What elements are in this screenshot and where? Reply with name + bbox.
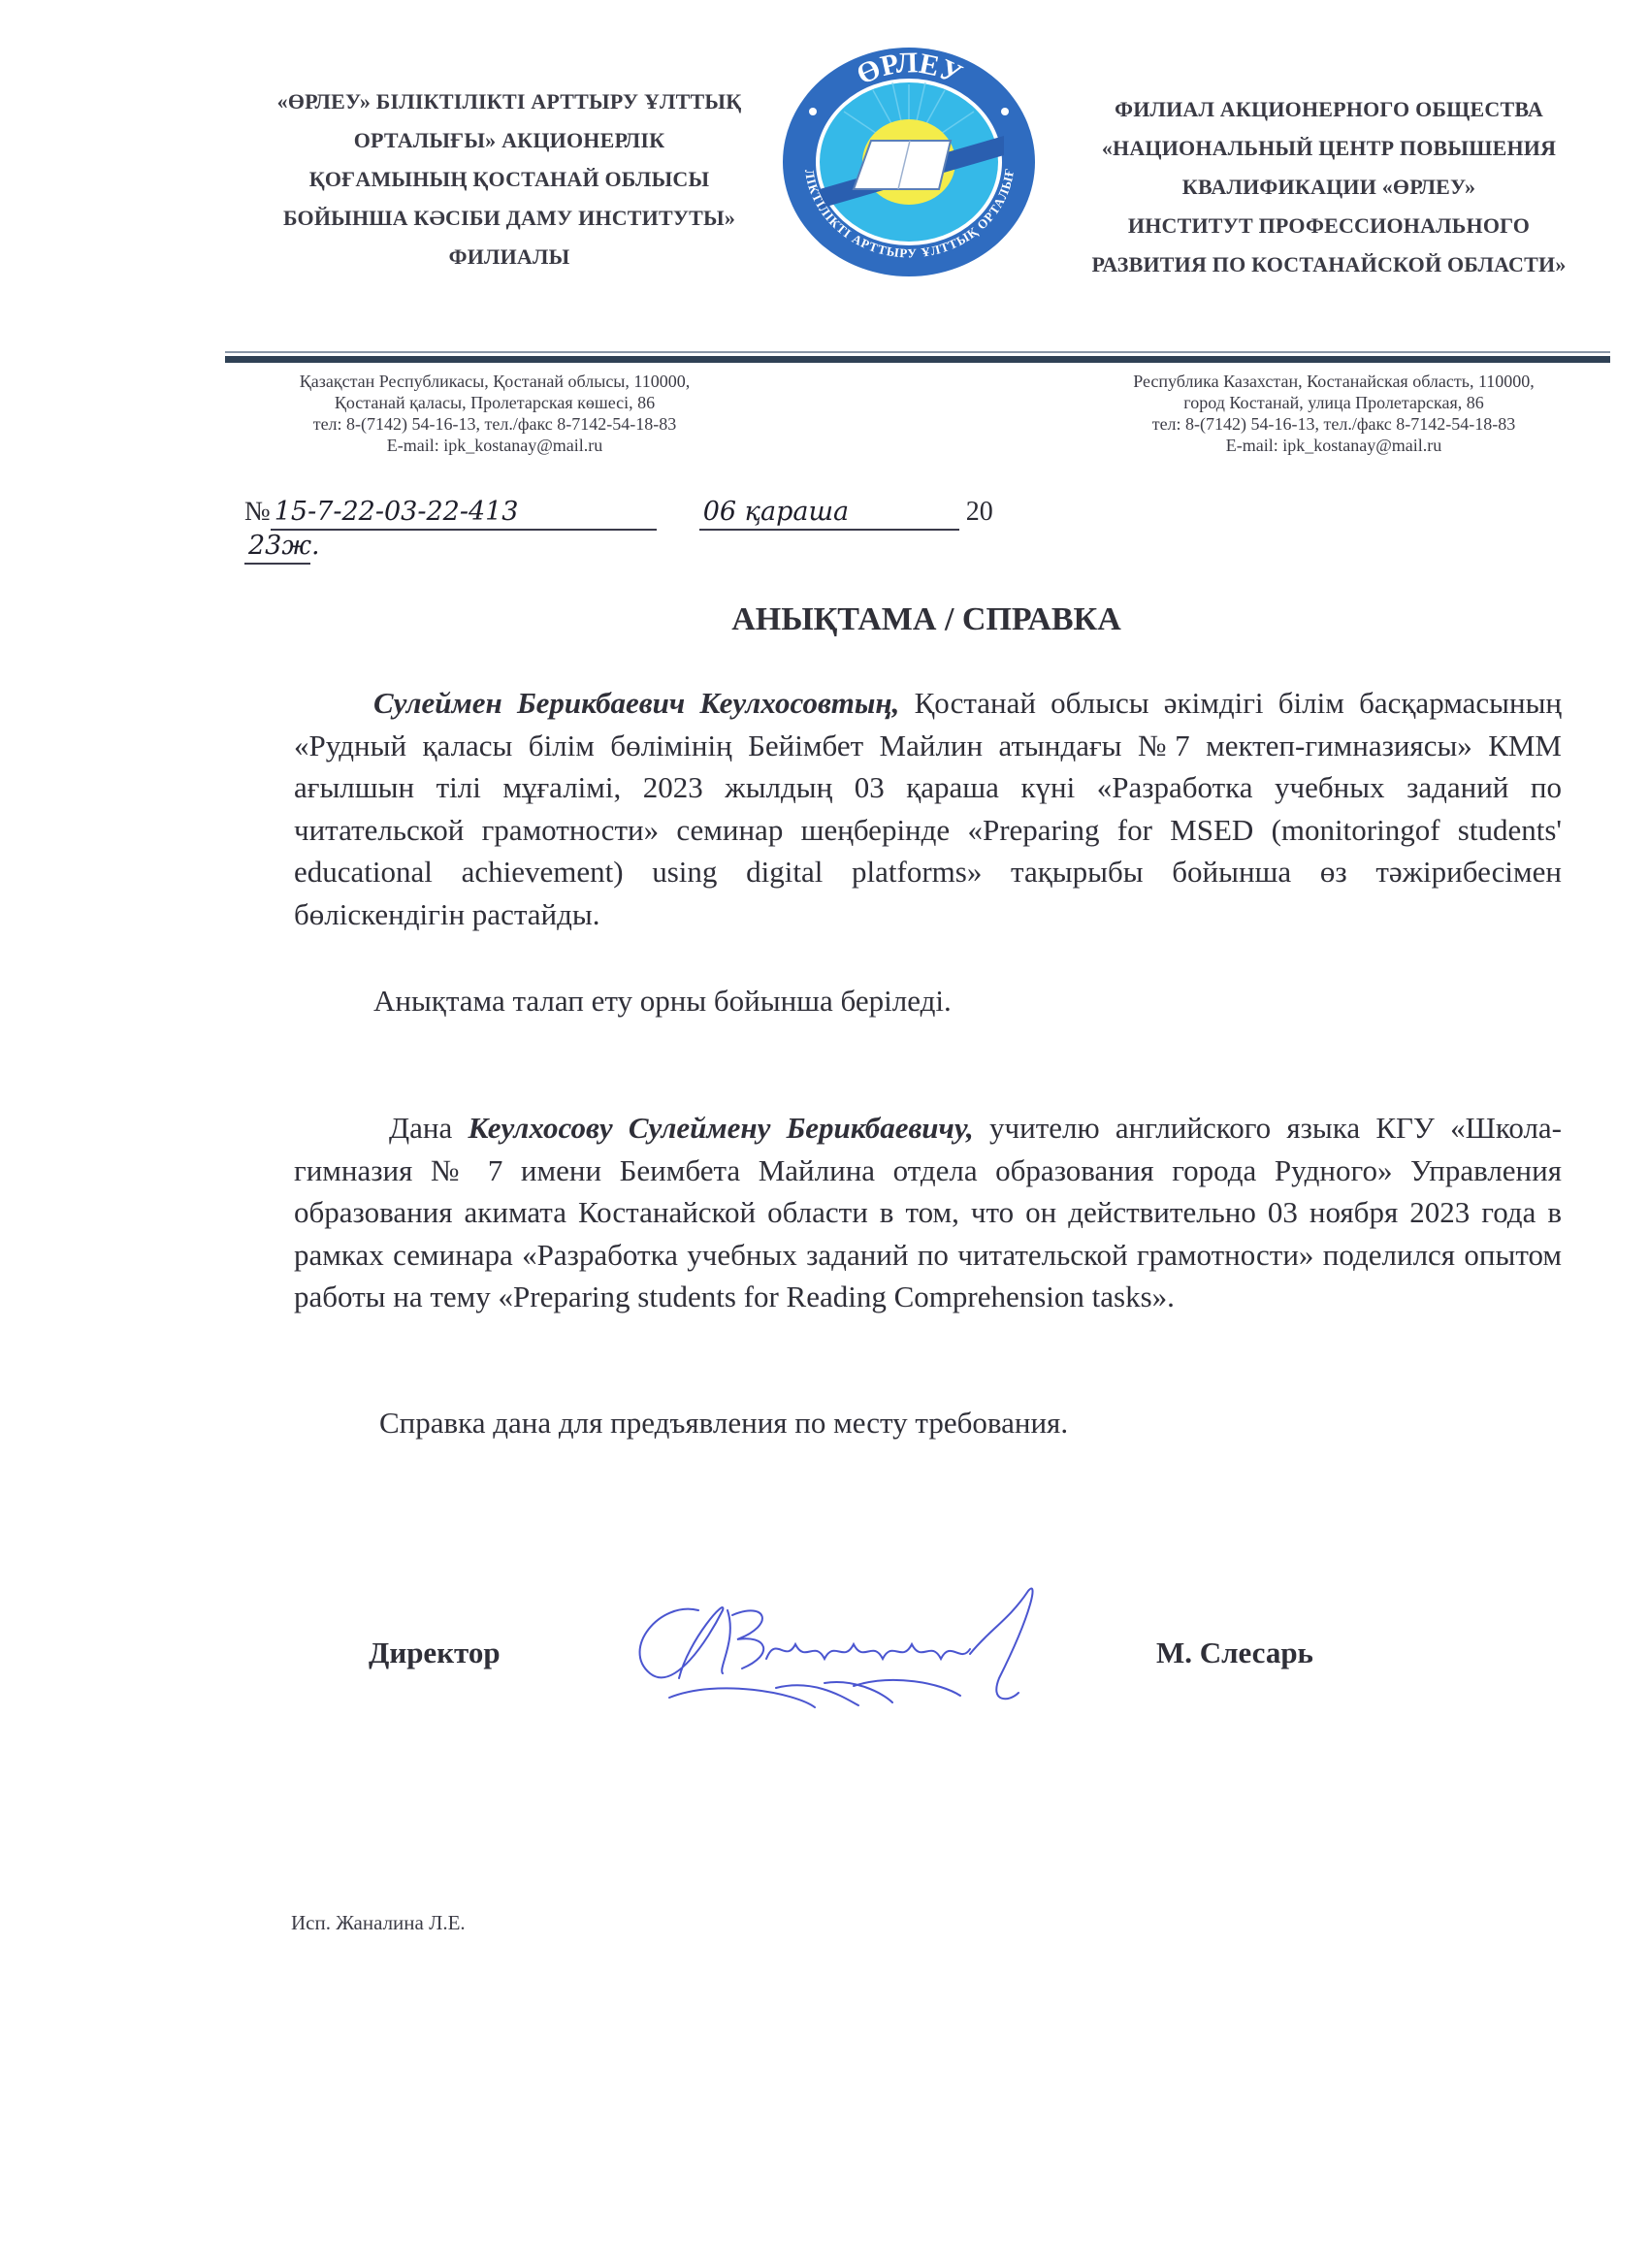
orleu-logo: ӨРЛЕУ БІЛІКТІЛІКТІ АРТТЫРУ ҰЛТТЫҚ ОРТАЛЫ…	[776, 44, 1043, 281]
header-divider-thin	[225, 351, 1610, 353]
document-title: АНЫҚТАМА / СПРАВКА	[291, 601, 1562, 638]
header-right-line: «НАЦИОНАЛЬНЫЙ ЦЕНТР ПОВЫШЕНИЯ	[1052, 129, 1605, 168]
header-russian-org-name: ФИЛИАЛ АКЦИОНЕРНОГО ОБЩЕСТВА «НАЦИОНАЛЬН…	[1052, 90, 1605, 284]
executor-note: Исп. Жаналина Л.Е.	[291, 1911, 466, 1935]
header-left-line: «ӨРЛЕУ» БІЛІКТІЛІКТІ АРТТЫРУ ҰЛТТЫҚ	[238, 82, 781, 121]
russian-paragraph: Дана Кеулхосову Сулеймену Берикбаевичу, …	[294, 1107, 1562, 1318]
header-divider-thick	[225, 356, 1610, 363]
address-russian: Республика Казахстан, Костанайская облас…	[1052, 371, 1615, 456]
address-line: город Костанай, улица Пролетарская, 86	[1052, 392, 1615, 413]
russian-closing: Справка дана для предъявления по месту т…	[294, 1402, 1562, 1444]
reference-row: №15-7-22-03-22-413 06 қараша 2023ж.	[244, 497, 1040, 545]
address-line: тел: 8-(7142) 54-16-13, тел./факс 8-7142…	[1052, 413, 1615, 435]
signature-row: Директор М. Слесарь	[369, 1630, 1416, 1707]
header-kazakh-org-name: «ӨРЛЕУ» БІЛІКТІЛІКТІ АРТТЫРУ ҰЛТТЫҚ ОРТА…	[238, 82, 781, 276]
reference-date: 06 қараша	[699, 497, 959, 531]
year-prefix: 20	[966, 497, 993, 527]
header-left-line: ФИЛИАЛЫ	[238, 238, 781, 276]
russian-recipient-name: Кеулхосову Сулеймену Берикбаевичу,	[468, 1111, 973, 1145]
header-left-line: БОЙЫНША КӘСІБИ ДАМУ ИНСТИТУТЫ»	[238, 199, 781, 238]
header-left-line: ОРТАЛЫҒЫ» АКЦИОНЕРЛІК	[238, 121, 781, 160]
header-right-line: РАЗВИТИЯ ПО КОСТАНАЙСКОЙ ОБЛАСТИ»	[1052, 245, 1605, 284]
address-kazakh: Қазақстан Республикасы, Қостанай облысы,…	[233, 371, 757, 456]
address-line: Республика Казахстан, Костанайская облас…	[1052, 371, 1615, 392]
header-right-line: КВАЛИФИКАЦИИ «ӨРЛЕУ»	[1052, 168, 1605, 207]
address-line: Қазақстан Республикасы, Қостанай облысы,…	[233, 371, 757, 392]
reference-number: 15-7-22-03-22-413	[271, 497, 657, 531]
address-email: E-mail: ipk_kostanay@mail.ru	[233, 435, 757, 456]
kazakh-closing: Анықтама талап ету орны бойынша беріледі…	[294, 980, 1562, 1022]
signatory-position: Директор	[369, 1636, 501, 1670]
kazakh-recipient-name: Сулеймен Берикбаевич Кеулхосовтың,	[373, 686, 899, 720]
signatory-name: М. Слесарь	[1156, 1636, 1313, 1670]
kazakh-paragraph: Сулеймен Берикбаевич Кеулхосовтың, Қоста…	[294, 682, 1562, 935]
address-line: Қостанай қаласы, Пролетарская көшесі, 86	[233, 392, 757, 413]
number-sign: №	[244, 497, 271, 527]
russian-lead: Дана	[389, 1111, 468, 1145]
address-email: E-mail: ipk_kostanay@mail.ru	[1052, 435, 1615, 456]
header-left-line: ҚОҒАМЫНЫҢ ҚОСТАНАЙ ОБЛЫСЫ	[238, 160, 781, 199]
address-line: тел: 8-(7142) 54-16-13, тел./факс 8-7142…	[233, 413, 757, 435]
header-right-line: ФИЛИАЛ АКЦИОНЕРНОГО ОБЩЕСТВА	[1052, 90, 1605, 129]
header-right-line: ИНСТИТУТ ПРОФЕССИОНАЛЬНОГО	[1052, 207, 1605, 245]
kazakh-body: Қостанай облысы әкімдігі білім басқармас…	[294, 686, 1562, 931]
reference-year: 23ж.	[244, 531, 310, 565]
